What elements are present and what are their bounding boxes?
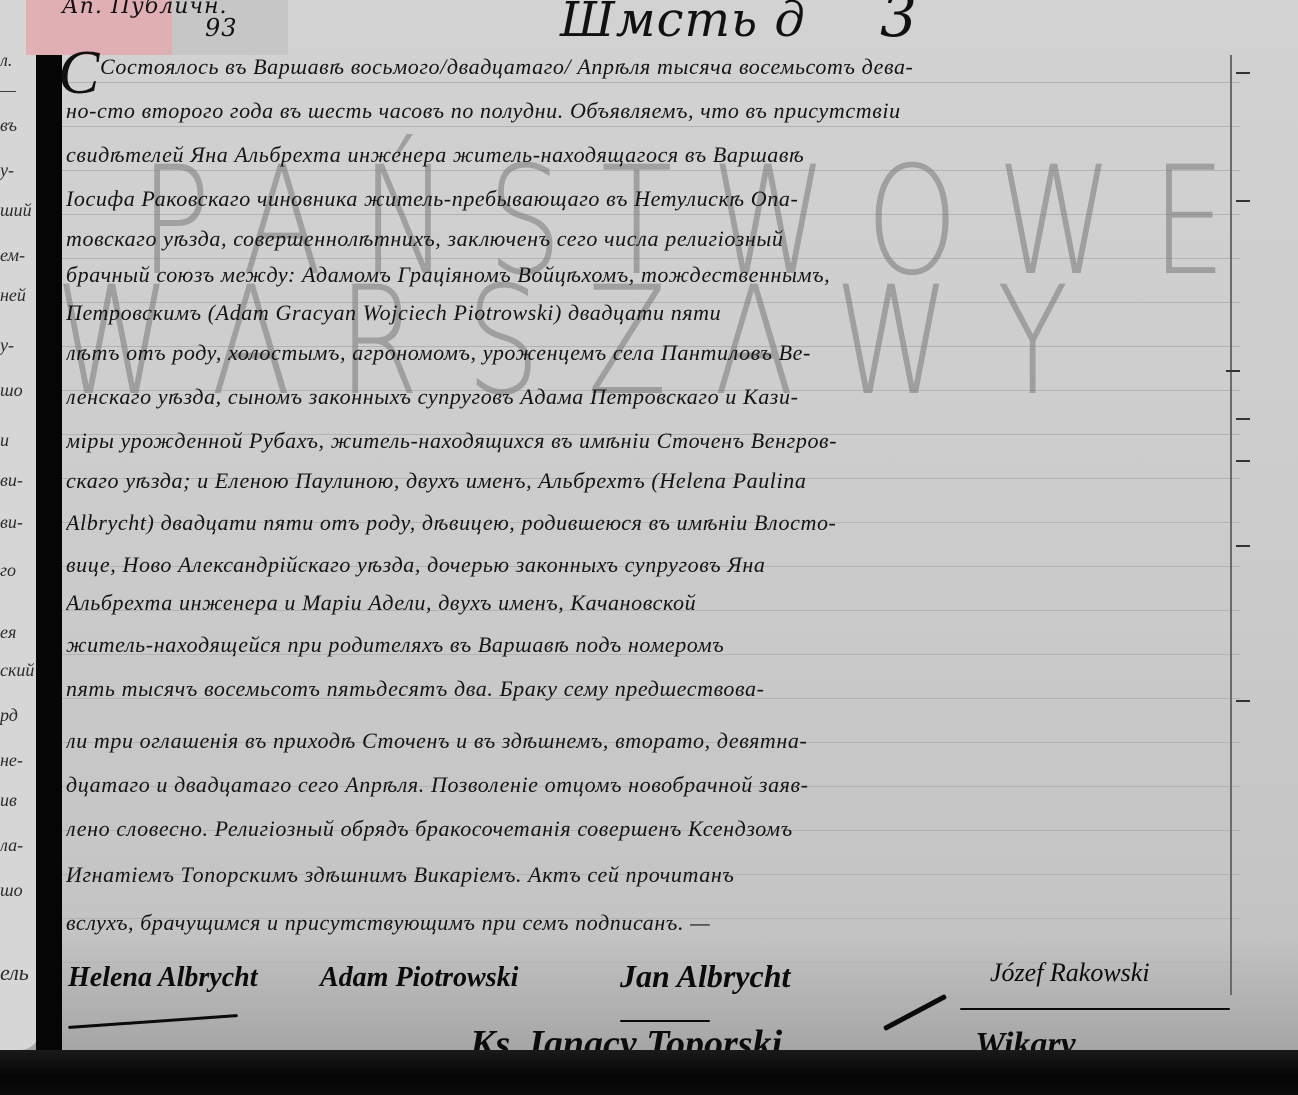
margin-note: шо — [0, 880, 36, 901]
margin-note: ем- — [0, 245, 36, 266]
signature-flourish — [960, 1008, 1230, 1010]
margin-note: ла- — [0, 835, 36, 856]
hyphen-dash — [1236, 700, 1250, 702]
body-line-21: вслухъ, брачущимся и присутствующимъ при… — [66, 910, 1236, 950]
margin-note: — — [0, 80, 36, 101]
act-label: Ап. Публичн. — [62, 0, 228, 19]
signature-groom: Adam Piotrowski — [320, 962, 518, 994]
body-line-12: Albrycht) двадцати пяти отъ роду, дѣвице… — [66, 510, 1236, 550]
body-line-1: Состоялось въ Варшавѣ восьмого/двадцатаг… — [100, 54, 1230, 94]
margin-note: у- — [0, 160, 36, 181]
document-scan: Ап. Публичн. 93 Шмсть д 3 PAŃSTWOWE WARS… — [0, 0, 1298, 1095]
margin-note: ея — [0, 622, 36, 643]
margin-note: у- — [0, 335, 36, 356]
margin-note: ский — [0, 660, 36, 681]
margin-note: шо — [0, 380, 36, 401]
margin-note: ви- — [0, 470, 36, 491]
scan-bottom-shadow — [0, 1050, 1298, 1095]
body-line-18: дцатаго и двадцатаго сего Апрѣля. Позвол… — [66, 772, 1236, 812]
margin-note-signature: ель — [0, 960, 36, 986]
body-line-16: пять тысячъ восемьсотъ пятьдесятъ два. Б… — [66, 676, 1236, 716]
body-line-13: вице, Ново Александрійскаго уѣзда, дочер… — [66, 552, 1236, 592]
body-line-14: Альбрехта инженера и Маріи Адели, двухъ … — [66, 590, 1236, 630]
ruled-line — [60, 1006, 1240, 1007]
body-line-4: Іосифа Раковскаго чиновника житель-пребы… — [66, 186, 1236, 226]
body-line-9: ленскаго уѣзда, сыномъ законныхъ супруго… — [66, 384, 1236, 424]
signature-witness-1: Jan Albrycht — [620, 958, 790, 995]
margin-note: ив — [0, 790, 36, 811]
body-line-3: свидѣтелей Яна Альбрехта инженера житель… — [66, 142, 1236, 182]
hyphen-dash — [1236, 200, 1250, 202]
body-line-20: Игнатіемъ Топорскимъ здѣшнимъ Викаріемъ.… — [66, 862, 1236, 902]
margin-note: ший — [0, 200, 36, 221]
hyphen-dash — [1226, 370, 1240, 372]
body-line-8: лѣтъ отъ роду, холостымъ, агрономомъ, ур… — [66, 340, 1236, 380]
body-line-19: лено словесно. Религіозный обрядъ бракос… — [66, 816, 1236, 856]
body-line-10: міры урожденной Рубахъ, житель-находящих… — [66, 428, 1236, 468]
margin-note: рд — [0, 705, 36, 726]
signature-flourish — [620, 1020, 710, 1022]
body-line-6: брачный союзъ между: Адамомъ Граціяномъ … — [66, 262, 1236, 302]
margin-note: ней — [0, 285, 36, 306]
book-binding-gutter — [36, 55, 62, 1095]
margin-note: го — [0, 560, 36, 581]
body-line-5: товскаго уѣзда, совершеннолѣтнихъ, заклю… — [66, 226, 1236, 266]
act-header-digit: 3 — [880, 0, 918, 50]
hyphen-dash — [1236, 418, 1250, 420]
margin-note: ви- — [0, 512, 36, 533]
signature-flourish — [883, 994, 947, 1031]
hyphen-dash — [1236, 545, 1250, 547]
body-line-17: ли три оглашенія въ приходѣ Сточенъ и въ… — [66, 728, 1236, 768]
signature-witness-2: Józef Rakowski — [990, 958, 1150, 988]
signature-flourish — [68, 1014, 238, 1029]
body-line-2: но-сто второго года въ шесть часовъ по п… — [66, 98, 1236, 138]
act-date-script: Шмсть д — [560, 0, 806, 48]
hyphen-dash — [1236, 460, 1250, 462]
margin-note: въ — [0, 115, 36, 136]
body-line-11: скаго уѣзда; и Еленою Паулиною, двухъ им… — [66, 468, 1236, 508]
margin-note: не- — [0, 750, 36, 771]
signature-bride: Helena Albrycht — [68, 962, 258, 994]
body-line-15: житель-находящейся при родителяхъ въ Вар… — [66, 632, 1236, 672]
margin-note: л. — [0, 50, 36, 71]
hyphen-dash — [1236, 72, 1250, 74]
act-number: 93 — [205, 14, 238, 42]
body-line-7: Петровскимъ (Adam Gracyan Wojciech Piotr… — [66, 300, 1236, 340]
margin-note: и — [0, 430, 36, 451]
